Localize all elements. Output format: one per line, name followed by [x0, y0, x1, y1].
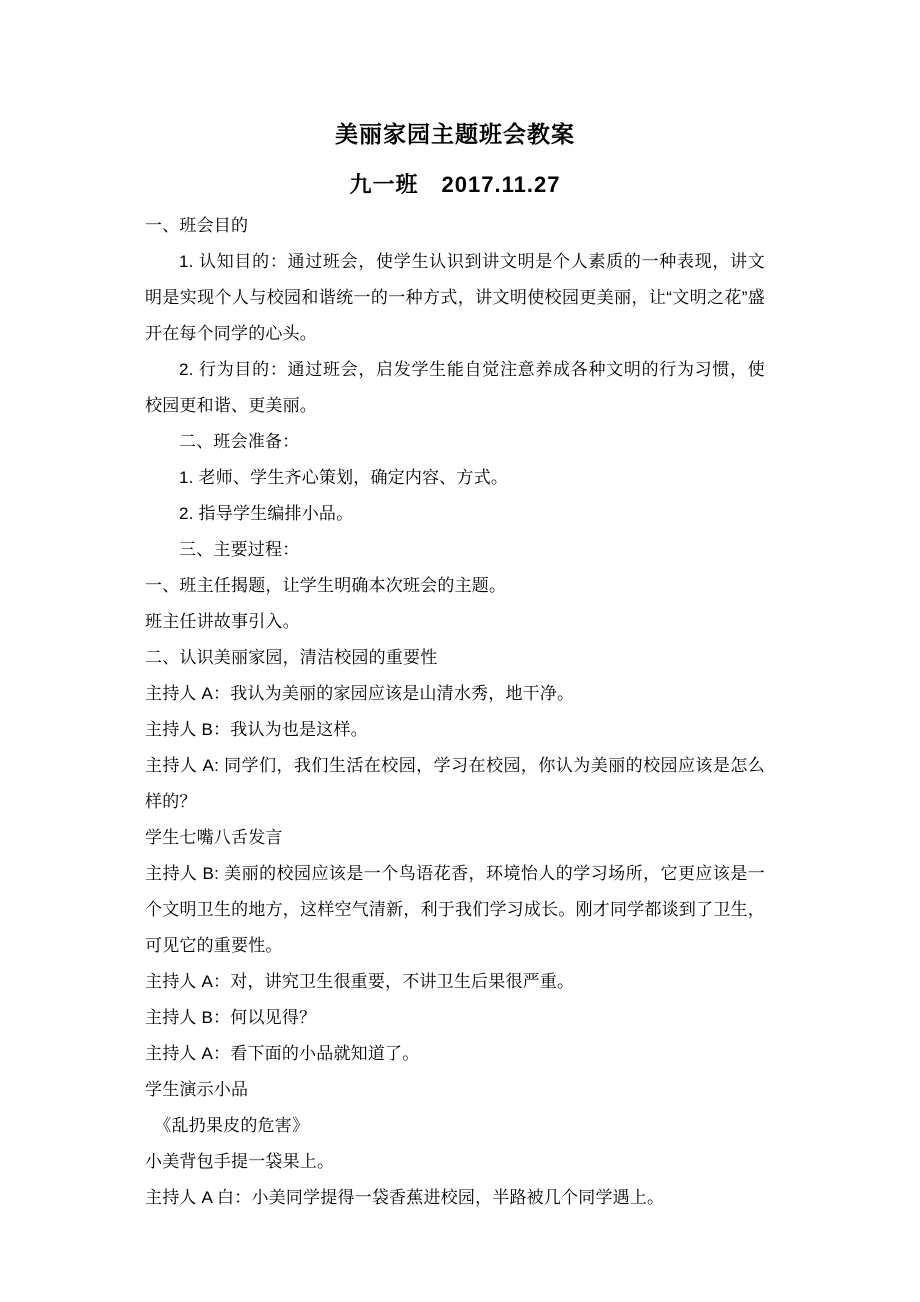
- paragraph: 学生演示小品: [145, 1072, 765, 1108]
- document-subtitle: 九一班 2017.11.27: [145, 166, 765, 204]
- paragraph: 2. 指导学生编排小品。: [145, 496, 765, 532]
- paragraph: 主持人 A：对，讲究卫生很重要，不讲卫生后果很严重。: [145, 964, 765, 1000]
- paragraph: 三、主要过程：: [145, 532, 765, 568]
- paragraph: 2. 行为目的：通过班会，启发学生能自觉注意养成各种文明的行为习惯，使校园更和谐…: [145, 352, 765, 424]
- paragraph: 主持人 B：我认为也是这样。: [145, 712, 765, 748]
- paragraph: 主持人 A: 同学们，我们生活在校园，学习在校园，你认为美丽的校园应该是怎么样的…: [145, 748, 765, 820]
- paragraph: 主持人 A：看下面的小品就知道了。: [145, 1036, 765, 1072]
- paragraph: 二、认识美丽家园，清洁校园的重要性: [145, 640, 765, 676]
- paragraph: 一、班会目的: [145, 208, 765, 244]
- document-page: 美丽家园主题班会教案 九一班 2017.11.27 一、班会目的1. 认知目的：…: [0, 0, 920, 1302]
- paragraph: 一、班主任揭题，让学生明确本次班会的主题。: [145, 568, 765, 604]
- paragraph: 主持人 A 白：小美同学提得一袋香蕉进校园，半路被几个同学遇上。: [145, 1180, 765, 1216]
- paragraph: 1. 认知目的：通过班会，使学生认识到讲文明是个人素质的一种表现，讲文明是实现个…: [145, 244, 765, 352]
- paragraph: 1. 老师、学生齐心策划，确定内容、方式。: [145, 460, 765, 496]
- paragraph: 主持人 B：何以见得？: [145, 1000, 765, 1036]
- document-body: 一、班会目的1. 认知目的：通过班会，使学生认识到讲文明是个人素质的一种表现，讲…: [145, 208, 765, 1216]
- paragraph: 小美背包手提一袋果上。: [145, 1144, 765, 1180]
- paragraph: 班主任讲故事引入。: [145, 604, 765, 640]
- paragraph: 二、班会准备：: [145, 424, 765, 460]
- paragraph: 学生七嘴八舌发言: [145, 820, 765, 856]
- paragraph: 主持人 B: 美丽的校园应该是一个鸟语花香，环境怡人的学习场所，它更应该是一个文…: [145, 856, 765, 964]
- paragraph: 主持人 A：我认为美丽的家园应该是山清水秀，地干净。: [145, 676, 765, 712]
- document-title: 美丽家园主题班会教案: [145, 116, 765, 152]
- document-content: 美丽家园主题班会教案 九一班 2017.11.27 一、班会目的1. 认知目的：…: [145, 116, 765, 1216]
- paragraph: 《乱扔果皮的危害》: [145, 1108, 765, 1144]
